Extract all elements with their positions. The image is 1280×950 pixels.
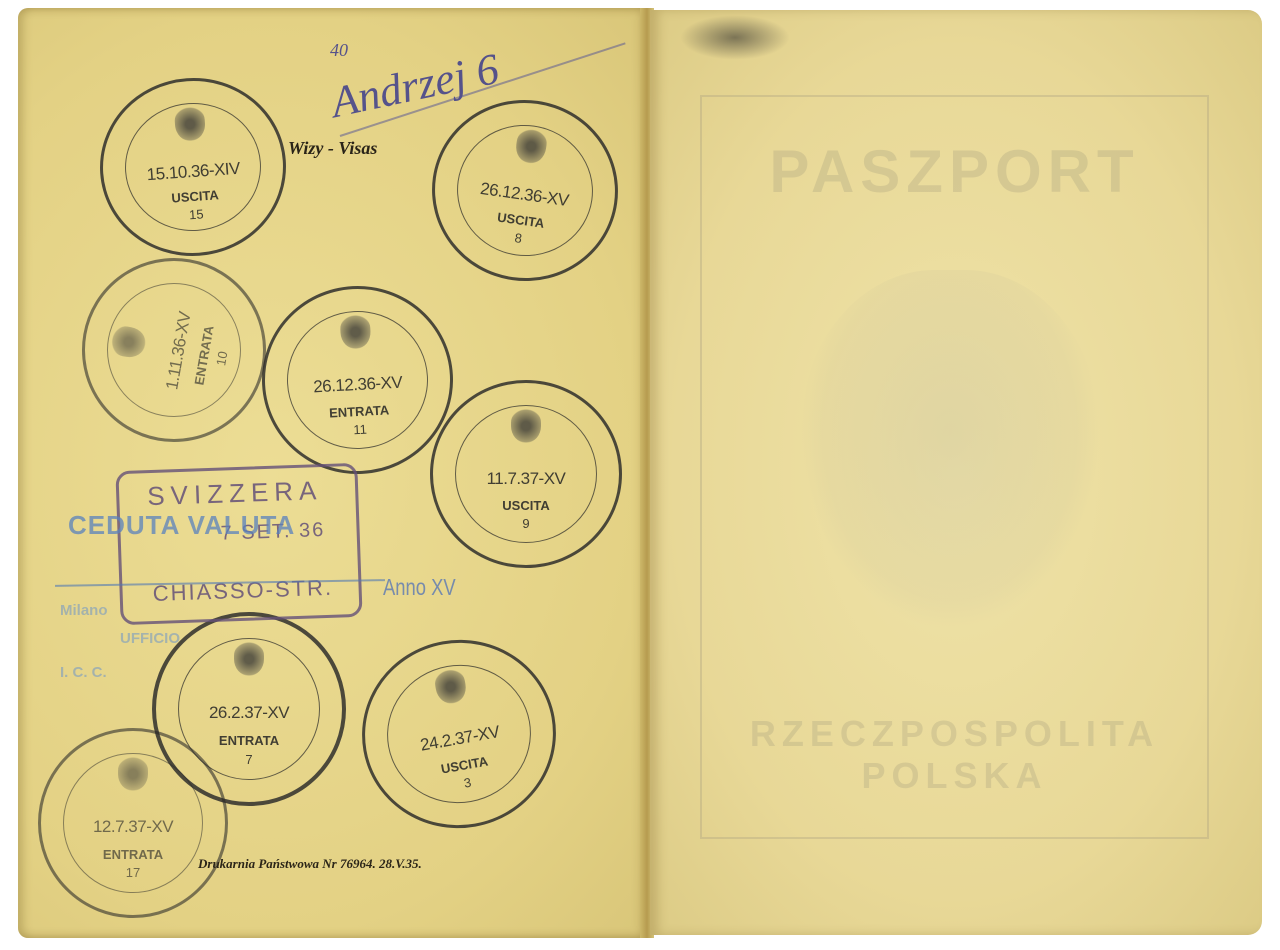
stamp-svizzera-chiasso: SVIZZERA 7 SET. 36 CHIASSO-STR. [115, 463, 362, 625]
faint-stamp-line-1: Milano [60, 602, 108, 619]
stamp-anno: Anno XV [383, 574, 456, 601]
printer-imprint: Drukarnia Państwowa Nr 76964. 28.V.35. [198, 856, 422, 872]
crest-icon [174, 106, 206, 142]
ink-smudge [680, 15, 790, 60]
stamp-ceduta-valuta: CEDUTA VALUTA [68, 510, 295, 541]
crest-icon [339, 314, 371, 350]
stamp-chiasso-entrata-17: 12.7.37-XV ENTRATA 17 [38, 728, 228, 918]
handwritten-note: 40 [330, 40, 348, 61]
visas-heading: Wizy - Visas [288, 138, 377, 159]
stamp-chiasso-uscita-9: 11.7.37-XV USCITA 9 [430, 380, 622, 568]
faint-stamp-line-2: UFFICIO [120, 630, 180, 647]
cover-bottom-text: RZECZPOSPOLITA POLSKA [702, 713, 1207, 797]
eagle-emblem-icon [800, 270, 1100, 630]
crest-icon [118, 757, 148, 791]
faint-stamp-line-3: I. C. C. [60, 664, 107, 681]
crest-icon [511, 409, 541, 443]
crest-icon [433, 667, 468, 706]
cover-title: PASZPORT [702, 137, 1207, 206]
crest-icon [109, 324, 148, 359]
crest-icon [514, 128, 548, 166]
crest-icon [234, 642, 264, 676]
